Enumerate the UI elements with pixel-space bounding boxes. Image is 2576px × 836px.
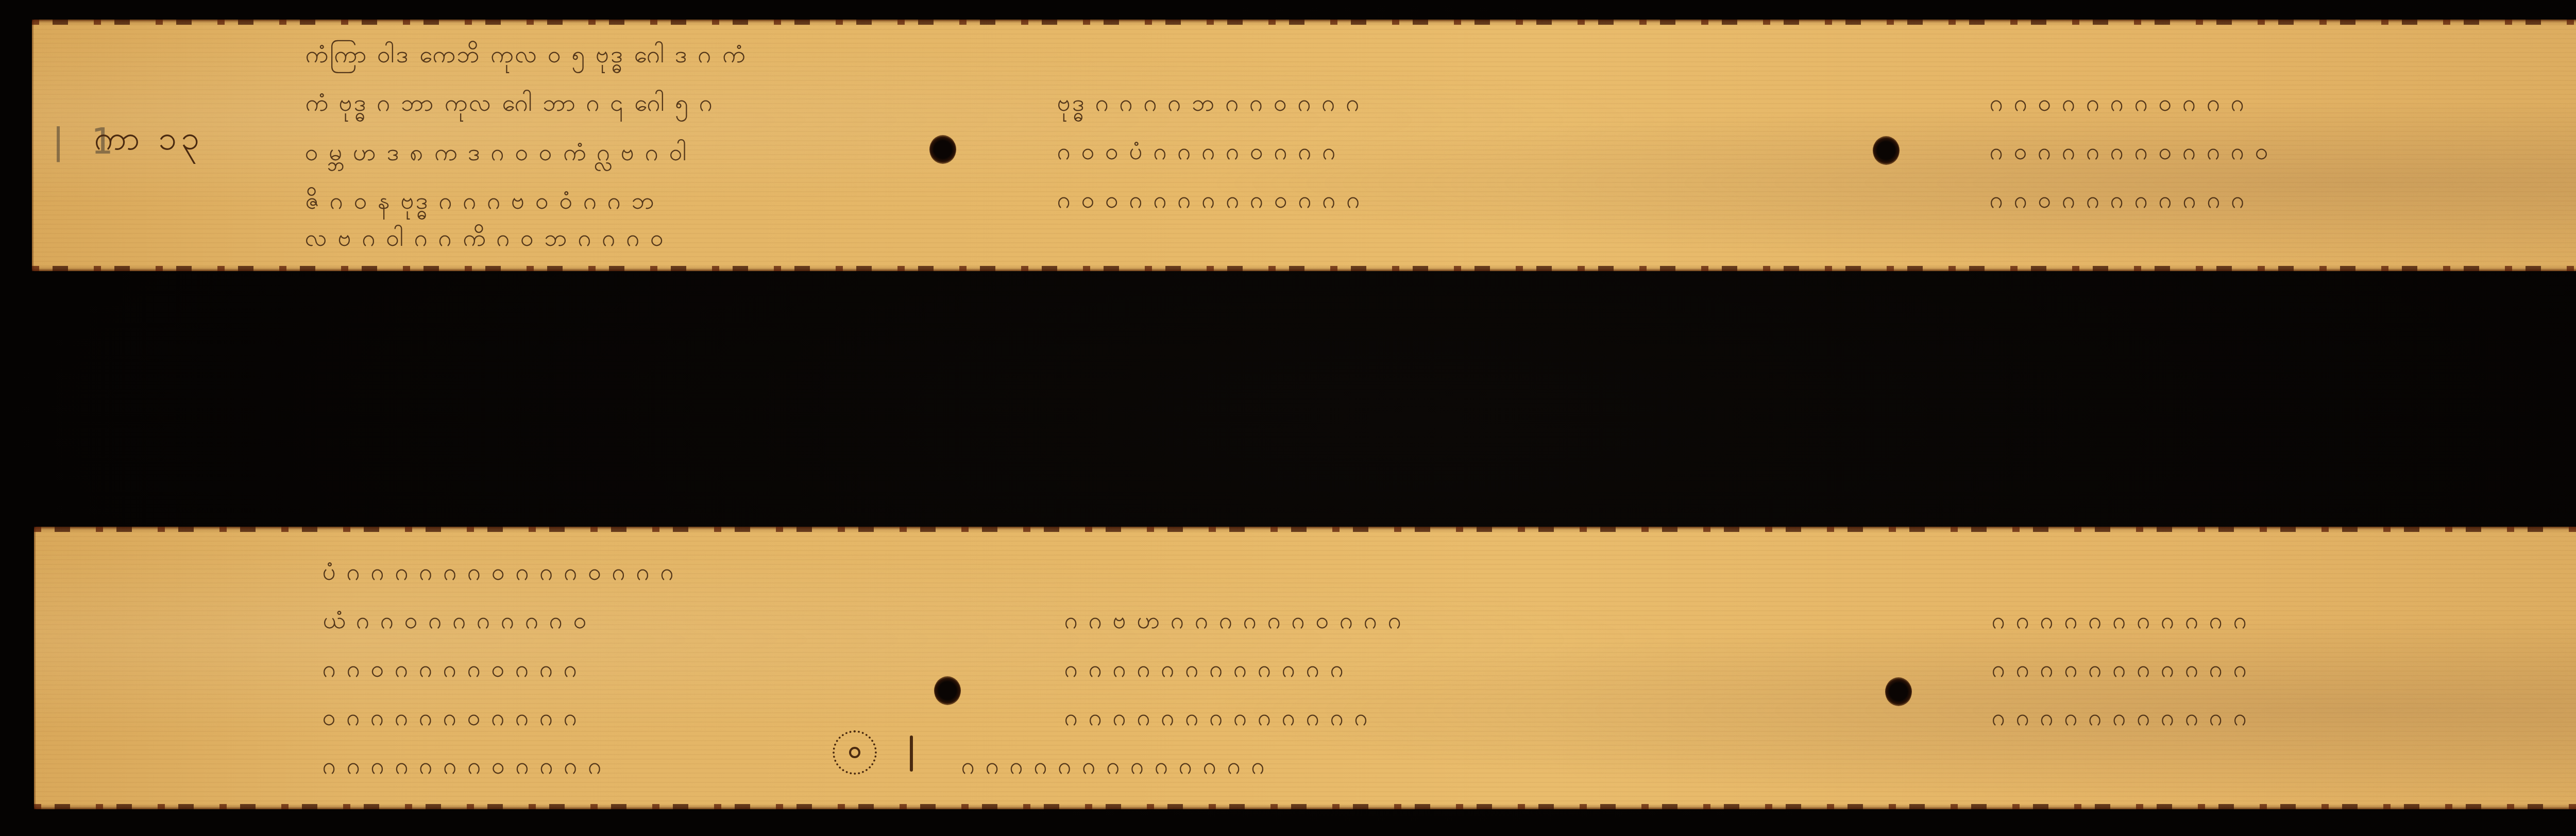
flower-ornament-icon (833, 730, 877, 775)
text-line: ယံ ဂ ဂ ဝ ဂ ဂ ဂ ဂ ဂ ဂ ဝ (323, 596, 889, 644)
text-line: ဂ ဂ ဝ ဂ ဂ ဂ ဂ ဝ ဂ ဂ ဂ (323, 644, 889, 693)
text-line: ဂ ဂ ဂ ဂ ဂ ဂ ဂ ဂ ဂ ဂ ဂ ဂ (1064, 644, 1837, 693)
text-line: လ ဗ ဂ ဝါ ဂ ဂ ကိ ဂ ဝ ဘ ဂ ဂ ဂ ဝ (305, 213, 2546, 262)
string-hole-left (929, 135, 956, 164)
text-section-right: ဂ ဂ ဝ ဂ ဂ ဂ ဂ ဝ ဂ ဂ ဂ ဂ ဝ ဂ ဂ ဂ ဂ ဂ ဝ ဂ … (1990, 78, 2531, 224)
text-line-bottom-left: ဂ ဂ ဂ ဂ ဂ ဂ ဂ ဝ ဂ ဂ ဂ ဂ (323, 741, 838, 790)
text-line: ဂ ဂ ဗ ဟ ဂ ဂ ဂ ဂ ဂ ဂ ဝ ဂ ဂ ဂ (1064, 596, 1837, 644)
palm-leaf-top: | 1 ကာ ၁၃ ကံကြာ ဝါဒ ကေဘိ ကုလ ဝ ၅ ဗုဒ္ဓ ဂ… (32, 20, 2576, 271)
leaf-edge-damage-top (34, 527, 2576, 532)
text-line: ဂ ဂ ဂ ဂ ဂ ဂ ဂ ဂ ဂ ဂ ဂ ဂ ဂ (961, 741, 2558, 790)
string-hole-left (934, 676, 961, 705)
text-line: ဝ မ္ဘ ဟ ဒ ၈ က ဒ ဂ ဝ ဝ ကံ ဂ္လ ဗ ဂ ဝါ (305, 128, 846, 176)
text-line: ဂ ဂ ဝ ဂ ဂ ဂ ဂ ဝ ဂ ဂ ဂ (1990, 78, 2531, 127)
text-line: ဂ ဂ ဂ ဂ ဂ ဂ ဂ ဂ ဂ ဂ ဂ (1992, 693, 2558, 741)
text-line: ကံကြာ ဝါဒ ကေဘိ ကုလ ဝ ၅ ဗုဒ္ဓ ဂေါ ဒ ဂ ကံ (305, 30, 2576, 78)
text-line-block-bottom: လ ဗ ဂ ဝါ ဂ ဂ ကိ ဂ ဝ ဘ ဂ ဂ ဂ ဝ (305, 213, 2546, 262)
text-section-center: ဂ ဂ ဗ ဟ ဂ ဂ ဂ ဂ ဂ ဂ ဝ ဂ ဂ ဂ ဂ ဂ ဂ ဂ ဂ ဂ … (1064, 596, 1837, 741)
string-hole-right (1885, 677, 1912, 706)
text-line: ဝ ဂ ဂ ဂ ဂ ဂ ဝ ဂ ဂ ဂ ဂ (323, 693, 889, 741)
palm-leaf-bottom: ပံ ဂ ဂ ဂ ဂ ဂ ဂ ဝ ဂ ဂ ဂ ဝ ဂ ဂ ဂ ယံ ဂ ဂ ဝ … (34, 527, 2576, 809)
text-line: ပံ ဂ ဂ ဂ ဂ ဂ ဂ ဝ ဂ ဂ ဂ ဝ ဂ ဂ ဂ (323, 547, 2576, 596)
text-section-center: ဗုဒ္ဓ ဂ ဂ ဂ ဂ ဘ ဂ ဂ ဝ ဂ ဂ ဂ ဂ ဝ ဝ ပံ ဂ ဂ… (1057, 78, 1830, 224)
text-section-right: ဂ ဂ ဂ ဂ ဂ ဂ ဂ ဂ ဂ ဂ ဂ ဂ ဂ ဂ ဂ ဂ ဂ ဂ ဂ ဂ … (1992, 596, 2558, 741)
section-divider-mark (910, 735, 913, 772)
text-line-bottom-right: ဂ ဂ ဂ ဂ ဂ ဂ ဂ ဂ ဂ ဂ ဂ ဂ ဂ (961, 741, 2558, 790)
text-section-left: ယံ ဂ ဂ ဝ ဂ ဂ ဂ ဂ ဂ ဂ ဝ ဂ ဂ ဝ ဂ ဂ ဂ ဂ ဝ ဂ… (323, 596, 889, 741)
string-hole-right (1873, 136, 1900, 165)
text-line: ဂ ဂ ဂ ဂ ဂ ဂ ဂ ဂ ဂ ဂ ဂ (1992, 596, 2558, 644)
text-line: ဂ ဂ ဂ ဂ ဂ ဂ ဂ ဂ ဂ ဂ ဂ (1992, 644, 2558, 693)
text-line: ကံ ဗုဒ္ဓ ဂ ဘာ ကုလ ဂေါ ဘာ ဂ ၎ ဂေါ ၅ ဂ (305, 78, 820, 127)
text-section-left: ဝ မ္ဘ ဟ ဒ ၈ က ဒ ဂ ဝ ဝ ကံ ဂ္လ ဗ ဂ ဝါ ဇိ ဂ… (305, 128, 846, 225)
text-line: ဂ ဂ ဂ ဂ ဂ ဂ ဂ ဝ ဂ ဂ ဂ ဂ (323, 741, 838, 790)
text-line: ဂ ဂ ဂ ဂ ဂ ဂ ဂ ဂ ဂ ဂ ဂ ဂ ဂ (1064, 693, 1837, 741)
text-line: ဂ ဝ ဂ ဂ ဂ ဂ ဂ ဝ ဂ ဂ ဂ ဝ (1990, 127, 2531, 175)
text-line: ဗုဒ္ဓ ဂ ဂ ဂ ဂ ဘ ဂ ဂ ဝ ဂ ဂ ဂ (1057, 78, 1830, 127)
text-line-block-full: ပံ ဂ ဂ ဂ ဂ ဂ ဂ ဝ ဂ ဂ ဂ ဝ ဂ ဂ ဂ (323, 547, 2576, 596)
leaf-edge-damage-bottom (32, 266, 2576, 271)
leaf-edge-damage-top (32, 20, 2576, 25)
folio-number: ကာ ၁၃ (94, 118, 204, 166)
text-line: ဂ ဝ ဝ ပံ ဂ ဂ ဂ ဂ ဝ ဂ ဂ ဂ (1057, 127, 1830, 175)
leaf-edge-damage-bottom (34, 804, 2576, 809)
